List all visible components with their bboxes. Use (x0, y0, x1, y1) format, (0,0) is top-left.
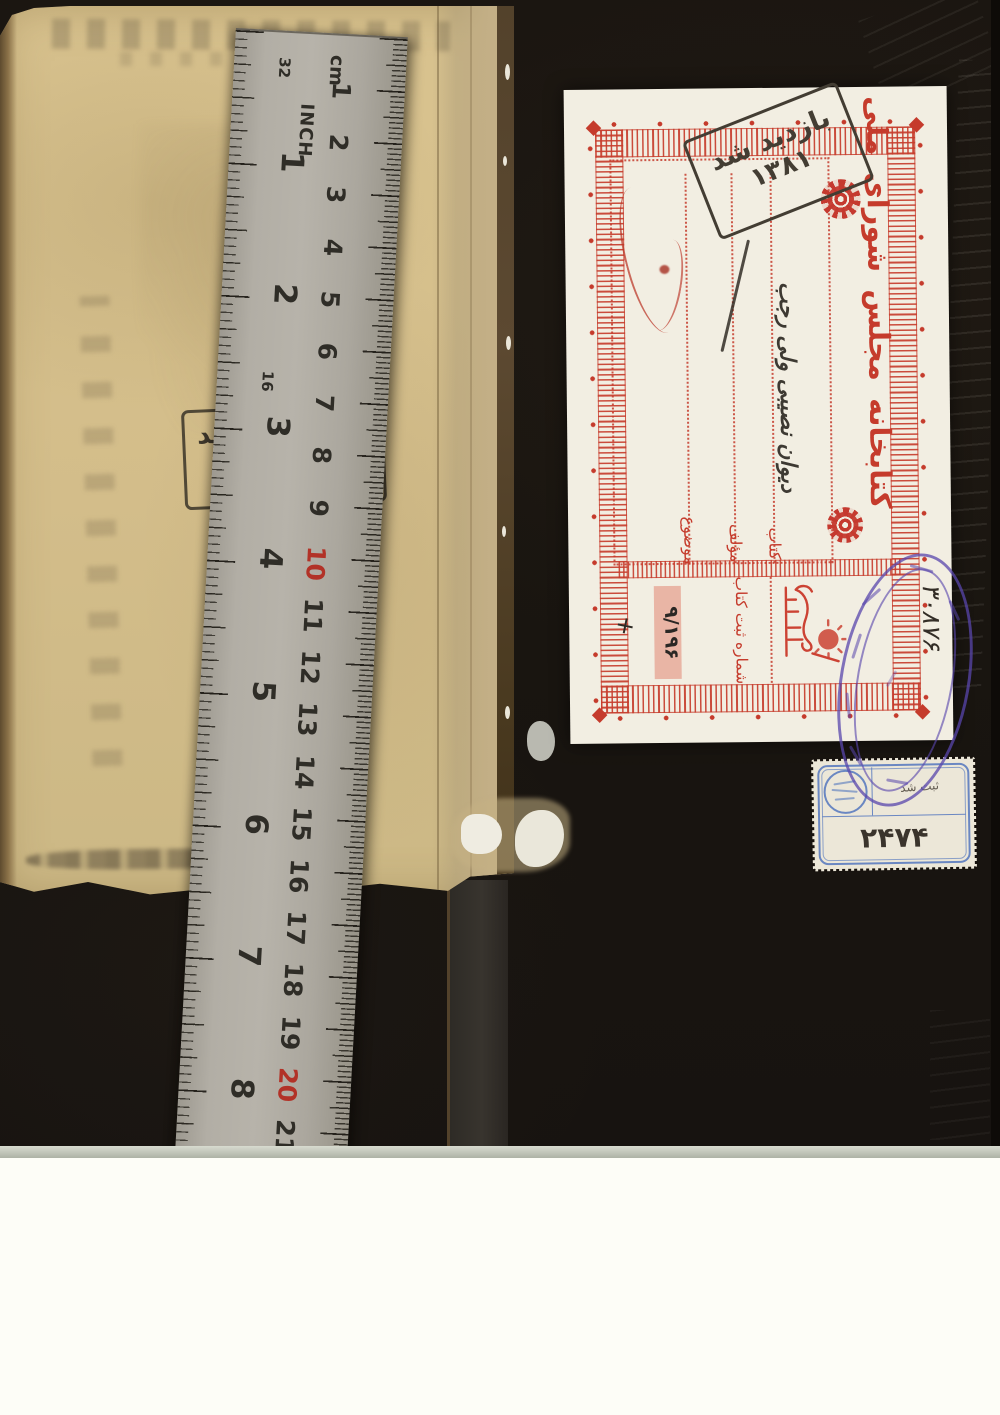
ruler-number: 11 (299, 597, 326, 626)
ruler-number: 2 (324, 128, 351, 157)
scanned-manuscript-photo: { "ruler": { "cm_label": "cm", "inch_lab… (0, 0, 1000, 1415)
faint-ink-smudge (79, 296, 122, 767)
glue-speck (505, 706, 510, 719)
glue-speck (502, 526, 506, 537)
ruler-number: 15 (288, 806, 315, 835)
spine-lower-strip (447, 880, 508, 1146)
cover-wrinkle-streak (930, 1010, 990, 1140)
ruler-graduation-label: 32 (275, 57, 294, 79)
rosette-ornament-icon (827, 507, 863, 543)
ruler-number: 10 (302, 545, 329, 574)
glue-speck (506, 336, 511, 350)
label-number: ۲۴۷۴ (822, 820, 967, 856)
page-fore-edge (0, 6, 18, 898)
ruler-number: 8 (228, 1071, 256, 1106)
ruler-number: 13 (293, 702, 320, 731)
ruler-number: 14 (290, 754, 317, 783)
ruler-number: 4 (256, 541, 284, 576)
scan-cradle-strip (0, 1146, 1000, 1158)
ruler-number: 1 (278, 144, 306, 179)
ruler-number: 5 (249, 674, 277, 709)
ruler-number: 17 (282, 910, 309, 939)
glue-speck (503, 156, 507, 166)
photo-book-cover: بازدید شد ۱۳۸۱ کتاب مؤلف موضوع (0, 0, 1000, 1146)
ruler-number: 21 (271, 1119, 298, 1146)
field-label-author: مؤلف (726, 500, 746, 562)
blank-scan-margin (0, 1158, 1000, 1415)
ruler-number: 20 (273, 1066, 300, 1095)
ruler-number: 4 (319, 232, 346, 261)
ruler-number: 12 (296, 649, 323, 678)
ruler-graduation-label: 16 (258, 370, 277, 392)
ruler-number: 8 (307, 441, 334, 470)
registration-number-value: ۹/۱۹۶ (656, 589, 683, 677)
card-title: کتابخانه مجلس شورای ملی (834, 173, 898, 510)
ruler-number: 9 (304, 493, 331, 522)
spine-crease (470, 6, 472, 898)
ruler-number: 1 (327, 76, 354, 105)
red-ink-blot (659, 265, 669, 274)
ruler-number: 6 (313, 337, 340, 366)
torn-spine-edge (497, 6, 514, 898)
registration-number-label: شماره ثبت کتاب (724, 582, 751, 684)
ruler-number: 18 (279, 962, 306, 991)
field-label-subject: موضوع (680, 497, 700, 565)
glue-speck (505, 64, 510, 80)
ruler-number: 7 (235, 939, 263, 974)
ruler-number: 6 (242, 806, 270, 841)
ruler-number: 19 (276, 1014, 303, 1043)
spine-crease (437, 6, 439, 898)
handwritten-book-title: دیوان نصیبی ولی رجب (742, 228, 801, 494)
ruler-number: 3 (321, 180, 348, 209)
ruler-number: 7 (310, 389, 337, 418)
photo-right-edge-shadow (991, 0, 1000, 1146)
ruler-number: 16 (285, 858, 312, 887)
ruler-number: 2 (271, 277, 299, 312)
paper-chip (527, 721, 555, 761)
ruler-number: 5 (316, 285, 343, 314)
field-label-book: کتاب (765, 502, 785, 560)
ruler-number: 3 (264, 409, 292, 444)
paper-chip (461, 814, 502, 854)
lion-and-sun-emblem-icon (782, 579, 847, 666)
